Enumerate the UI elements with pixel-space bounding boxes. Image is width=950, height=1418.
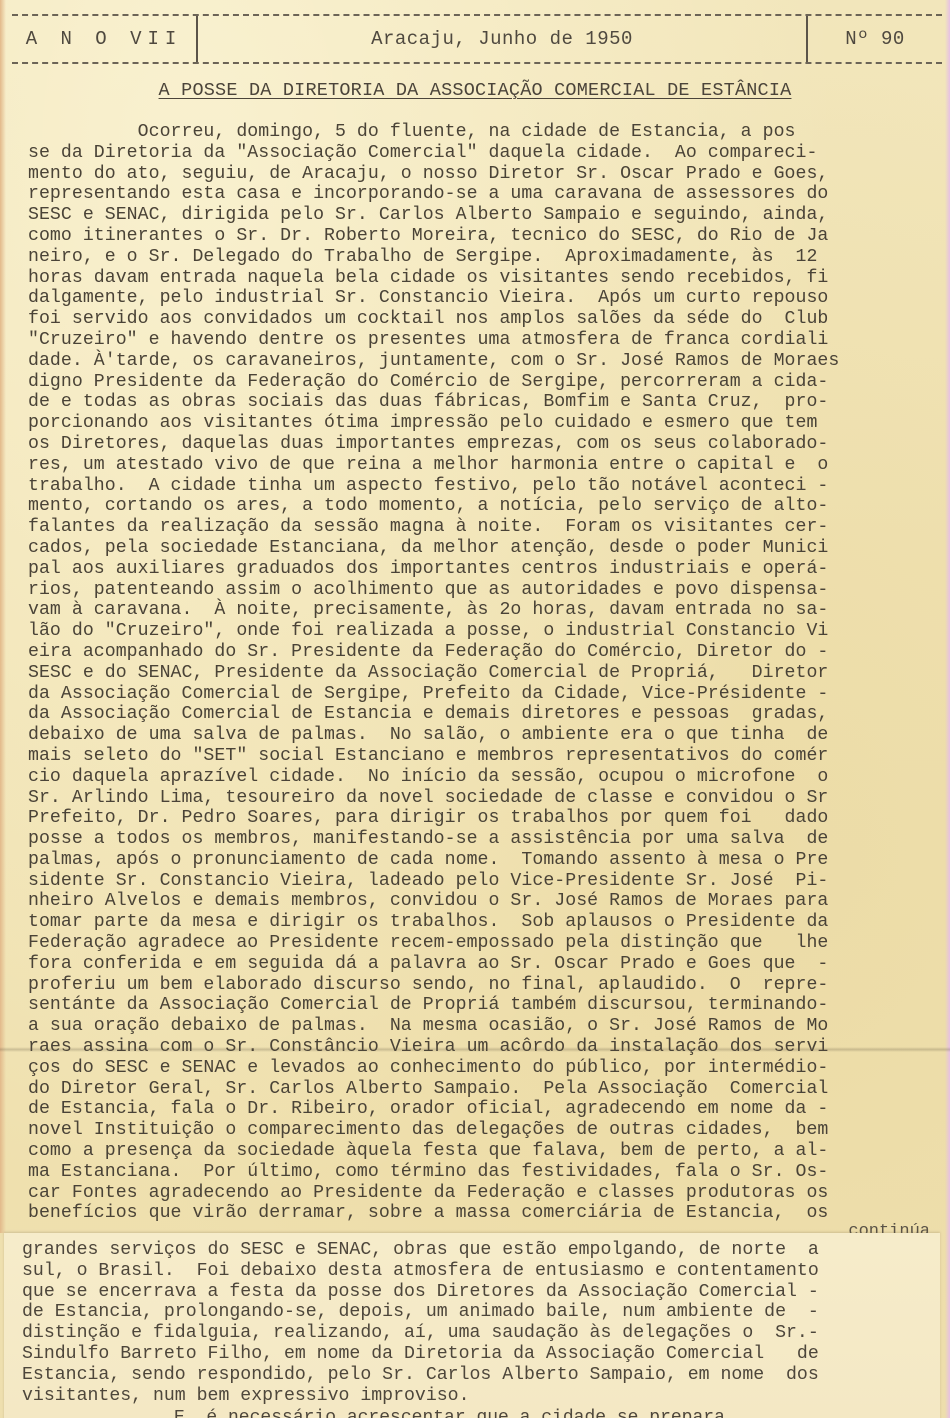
text-line: se da Diretoria da "Associação Comercial… <box>28 143 948 164</box>
text-line: dalgamente, pelo industrial Sr. Constanc… <box>28 288 948 309</box>
article-headline: A POSSE DA DIRETORIA DA ASSOCIAÇÃO COMER… <box>0 80 950 101</box>
text-line: eira acompanhado do Sr. Presidente da Fe… <box>28 642 948 663</box>
text-line: de Estancia, prolongando-se, depois, um … <box>22 1302 819 1323</box>
text-line: cados, pela sociedade Estanciana, da mel… <box>28 538 948 559</box>
text-line: dade. À'tarde, os caravaneiros, juntamen… <box>28 351 948 372</box>
text-line: da Associação Comercial de Estancia e de… <box>28 704 948 725</box>
text-line: do Diretor Geral, Sr. Carlos Alberto Sam… <box>28 1079 948 1100</box>
paper-fold-line <box>0 1047 950 1052</box>
text-line: porcionando aos visitantes ótima impress… <box>28 413 948 434</box>
text-line: sidente Sr. Constancio Vieira, ladeado p… <box>28 871 948 892</box>
text-line: nheiro Alvelos e demais membros, convido… <box>28 891 948 912</box>
headline-text: A POSSE DA DIRETORIA DA ASSOCIAÇÃO COMER… <box>159 80 792 101</box>
text-line: car Fontes agradecendo ao Presidente da … <box>28 1183 948 1204</box>
text-line: Federação agradece ao Presidente recem-e… <box>28 933 948 954</box>
continued-label: continúa <box>848 1222 930 1233</box>
text-line: neiro, e o Sr. Delegado do Trabalho de S… <box>28 247 948 268</box>
text-line: representando esta casa e incorporando-s… <box>28 184 948 205</box>
text-line: Ocorreu, domingo, 5 do fluente, na cidad… <box>28 122 948 143</box>
text-line: posse a todos os membros, manifestando-s… <box>28 829 948 850</box>
text-line: que se encerrava a festa da posse dos Di… <box>22 1282 819 1303</box>
text-line: como a presença da sociedade àquela fest… <box>28 1141 948 1162</box>
text-line: como itinerantes o Sr. Dr. Roberto Morei… <box>28 226 948 247</box>
text-line: distinção e fidalguia, realizando, aí, u… <box>22 1323 819 1344</box>
text-line: Estancia, sendo respondido, pelo Sr. Car… <box>22 1365 819 1386</box>
text-line: "Cruzeiro" e havendo dentre os presentes… <box>28 330 948 351</box>
text-line: Prefeito, Dr. Pedro Soares, para dirigir… <box>28 808 948 829</box>
text-line: da Associação Comercial de Sergipe, Pref… <box>28 684 948 705</box>
text-line: novel Instituição o comparecimento das d… <box>28 1120 948 1141</box>
text-line: rios, patenteando assim o acolhimento qu… <box>28 580 948 601</box>
article-body: Ocorreu, domingo, 5 do fluente, na cidad… <box>28 122 948 1224</box>
text-line: mais seleto do "SET" social Estanciano e… <box>28 746 948 767</box>
text-line: ços do SESC e SENAC e levados ao conheci… <box>28 1058 948 1079</box>
newsletter-page: A N O VII Aracaju, Junho de 1950 Nº 90 A… <box>0 0 950 1418</box>
pasted-continuation-slip: grandes serviços do SESC e SENAC, obras … <box>4 1233 940 1418</box>
cut-off-line: E, é necessário acrescentar que a cidade… <box>174 1408 725 1418</box>
text-line: cio daquela aprazível cidade. No início … <box>28 767 948 788</box>
text-line: proferiu um bem elaborado discurso sendo… <box>28 975 948 996</box>
text-line: palmas, após o pronunciamento de cada no… <box>28 850 948 871</box>
text-line: a sua oração debaixo de palmas. Na mesma… <box>28 1016 948 1037</box>
text-line: Sindulfo Barreto Filho, em nome da Diret… <box>22 1344 819 1365</box>
masthead-year: A N O VII <box>12 16 196 62</box>
text-line: trabalho. A cidade tinha um aspecto fest… <box>28 476 948 497</box>
text-line: pal aos auxiliares graduados dos importa… <box>28 559 948 580</box>
text-line: digno Presidente da Federação do Comérci… <box>28 372 948 393</box>
text-line: Sr. Arlindo Lima, tesoureiro da novel so… <box>28 788 948 809</box>
text-line: foi servido aos convidados um cocktail n… <box>28 309 948 330</box>
masthead-date: Aracaju, Junho de 1950 <box>196 16 808 62</box>
text-line: fora conferida e em seguida dá a palavra… <box>28 954 948 975</box>
text-line: sentánte da Associação Comercial de Prop… <box>28 995 948 1016</box>
text-line: SESC e SENAC, dirigida pelo Sr. Carlos A… <box>28 205 948 226</box>
text-line: tomar parte da mesa e dirigir os trabalh… <box>28 912 948 933</box>
text-line: debaixo de uma salva de palmas. No salão… <box>28 725 948 746</box>
text-line: de e todas as obras sociais das duas fáb… <box>28 392 948 413</box>
text-line: horas davam entrada naquela bela cidade … <box>28 268 948 289</box>
text-line: benefícios que virão derramar, sobre a m… <box>28 1203 948 1224</box>
masthead: A N O VII Aracaju, Junho de 1950 Nº 90 <box>12 14 942 64</box>
text-line: lão do "Cruzeiro", onde foi realizada a … <box>28 621 948 642</box>
text-line: SESC e do SENAC, Presidente da Associaçã… <box>28 663 948 684</box>
masthead-issue-number: Nº 90 <box>808 16 942 62</box>
text-line: mento do ato, seguiu, de Aracaju, o noss… <box>28 164 948 185</box>
text-line: os Diretores, daquelas duas importantes … <box>28 434 948 455</box>
text-line: visitantes, num bem expressivo improviso… <box>22 1386 819 1407</box>
text-line: de Estancia, fala o Dr. Ribeiro, orador … <box>28 1099 948 1120</box>
text-line: ma Estanciana. Por último, como término … <box>28 1162 948 1183</box>
text-line: res, um atestado vivo de que reina a mel… <box>28 455 948 476</box>
text-line: mento, cortando os ares, a todo momento,… <box>28 496 948 517</box>
continuation-body: grandes serviços do SESC e SENAC, obras … <box>22 1240 819 1406</box>
text-line: falantes da realização da sessão magna à… <box>28 517 948 538</box>
text-line: sul, o Brasil. Foi debaixo desta atmosfe… <box>22 1261 819 1282</box>
text-line: vam à caravana. À noite, precisamente, à… <box>28 600 948 621</box>
text-line: grandes serviços do SESC e SENAC, obras … <box>22 1240 819 1261</box>
